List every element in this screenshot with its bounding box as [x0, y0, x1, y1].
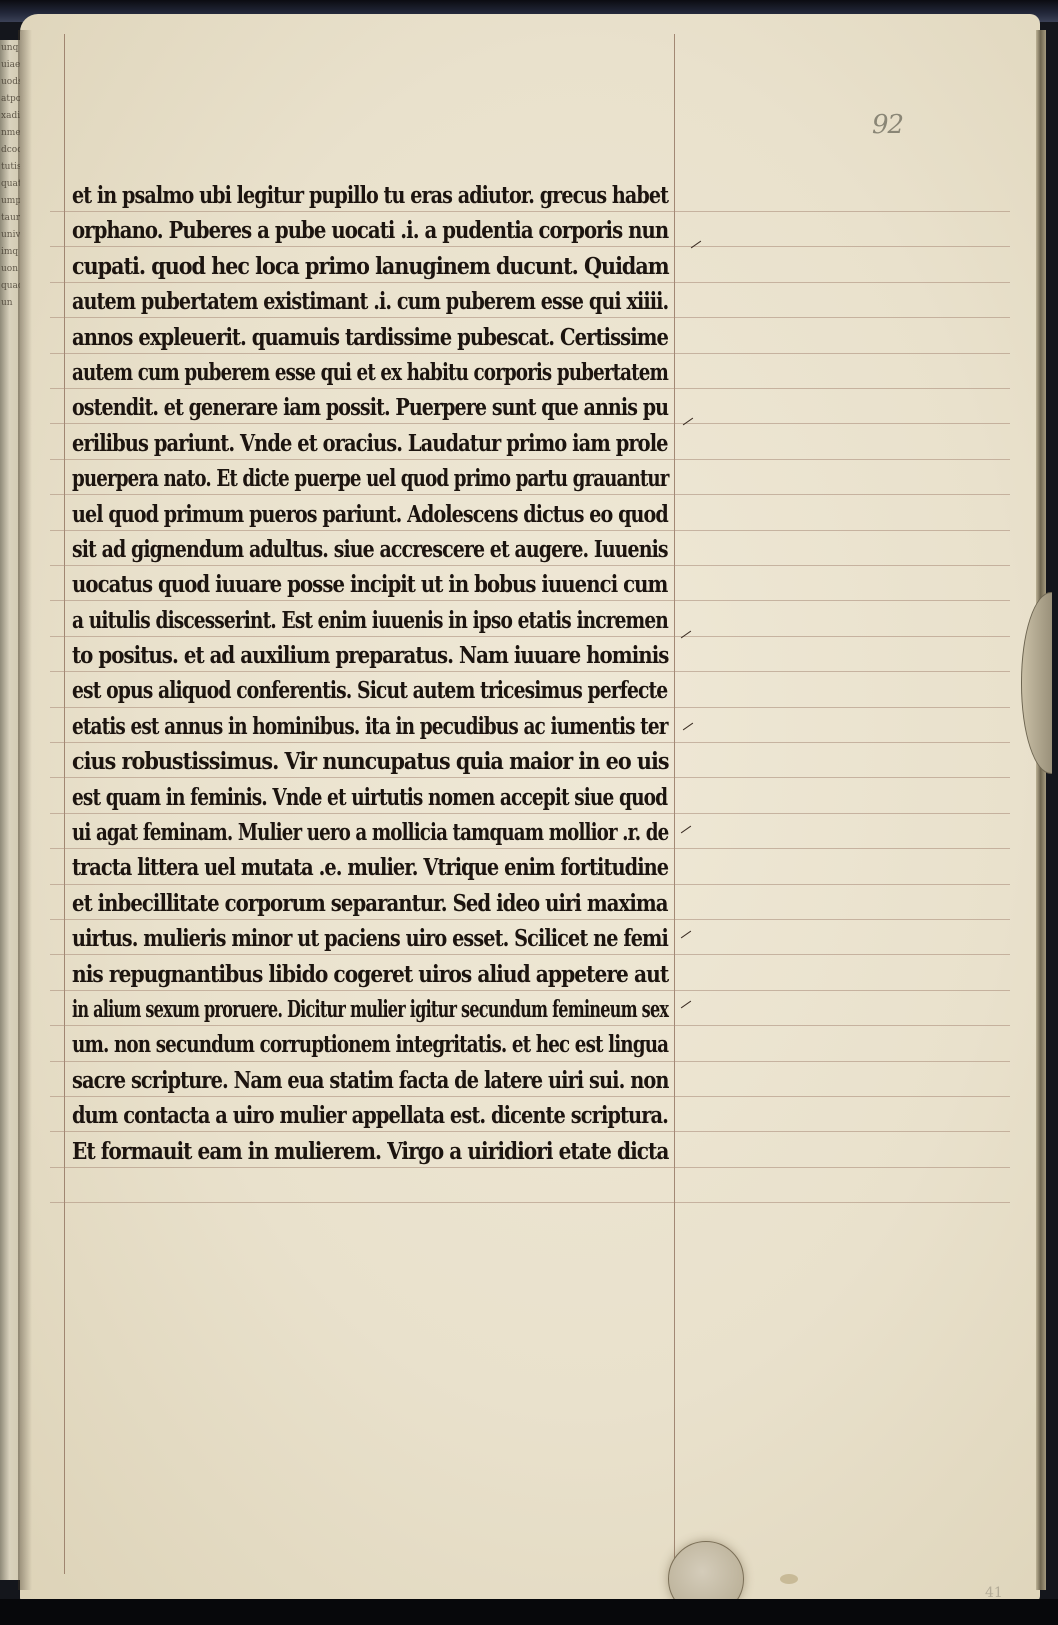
text-line: to positus. et ad auxilium preparatus. N… [72, 638, 605, 673]
gutter-shadow [18, 30, 32, 1590]
text-line: orphano. Puberes a pube uocati .i. a pud… [72, 213, 602, 248]
text-line: et in psalmo ubi legitur pupillo tu eras… [72, 178, 588, 213]
book-binding-bottom [0, 1599, 1058, 1625]
text-line: cius robustissimus. Vir nuncupatus quia … [72, 744, 631, 779]
page-fore-edge [1036, 30, 1046, 1590]
text-line: ostendit. et generare iam possit. Puerpe… [72, 390, 586, 425]
left-ruling-line [64, 34, 65, 1574]
text-line: ui agat feminam. Mulier uero a mollicia … [72, 815, 564, 850]
text-line: sacre scripture. Nam eua statim facta de… [72, 1063, 594, 1098]
text-line: erilibus pariunt. Vnde et oracius. Lauda… [72, 426, 596, 461]
text-line: puerpera nato. Et dicte puerpe uel quod … [72, 461, 564, 496]
text-line: autem cum puberem esse qui et ex habitu … [72, 355, 565, 390]
text-line: autem pubertatem existimant .i. cum pube… [72, 284, 589, 319]
text-line: est quam in feminis. Vnde et uirtutis no… [72, 780, 572, 815]
text-line: tracta littera uel mutata .e. mulier. Vt… [72, 850, 593, 885]
folio-number: 92 [872, 110, 903, 140]
stain [780, 1574, 798, 1584]
text-line: Et formauit eam in mulierem. Virgo a uir… [72, 1134, 614, 1169]
text-line: et inbecillitate corporum separantur. Se… [72, 886, 602, 921]
text-line: etatis est annus in hominibus. ita in pe… [72, 709, 570, 744]
text-line: in alium sexum proruere. Dicitur mulier … [72, 992, 505, 1027]
text-line: cupati. quod hec loca primo lanuginem du… [72, 249, 629, 284]
text-line: a uitulis discesserint. Est enim iuuenis… [72, 603, 574, 638]
ruling-line [50, 1202, 1010, 1203]
text-line: dum contacta a uiro mulier appellata est… [72, 1098, 595, 1133]
text-line: annos expleuerit. quamuis tardissime pub… [72, 320, 599, 355]
text-line: uocatus quod iuuare posse incipit ut in … [72, 567, 603, 602]
text-line: um. non secundum corruptionem integritat… [72, 1027, 566, 1062]
text-column: et in psalmo ubi legitur pupillo tu eras… [72, 178, 692, 1169]
text-line: uirtus. mulieris minor ut paciens uiro e… [72, 921, 592, 956]
text-line: nis repugnantibus libido cogeret uiros a… [72, 957, 616, 992]
text-line: sit ad gignendum adultus. siue accrescer… [72, 532, 583, 567]
manuscript-page: 92 et in psalmo ubi legitur pupillo tu e… [20, 14, 1040, 1602]
text-line: uel quod primum pueros pariunt. Adolesce… [72, 497, 587, 532]
text-line: est opus aliquod conferentis. Sicut aute… [72, 673, 578, 708]
